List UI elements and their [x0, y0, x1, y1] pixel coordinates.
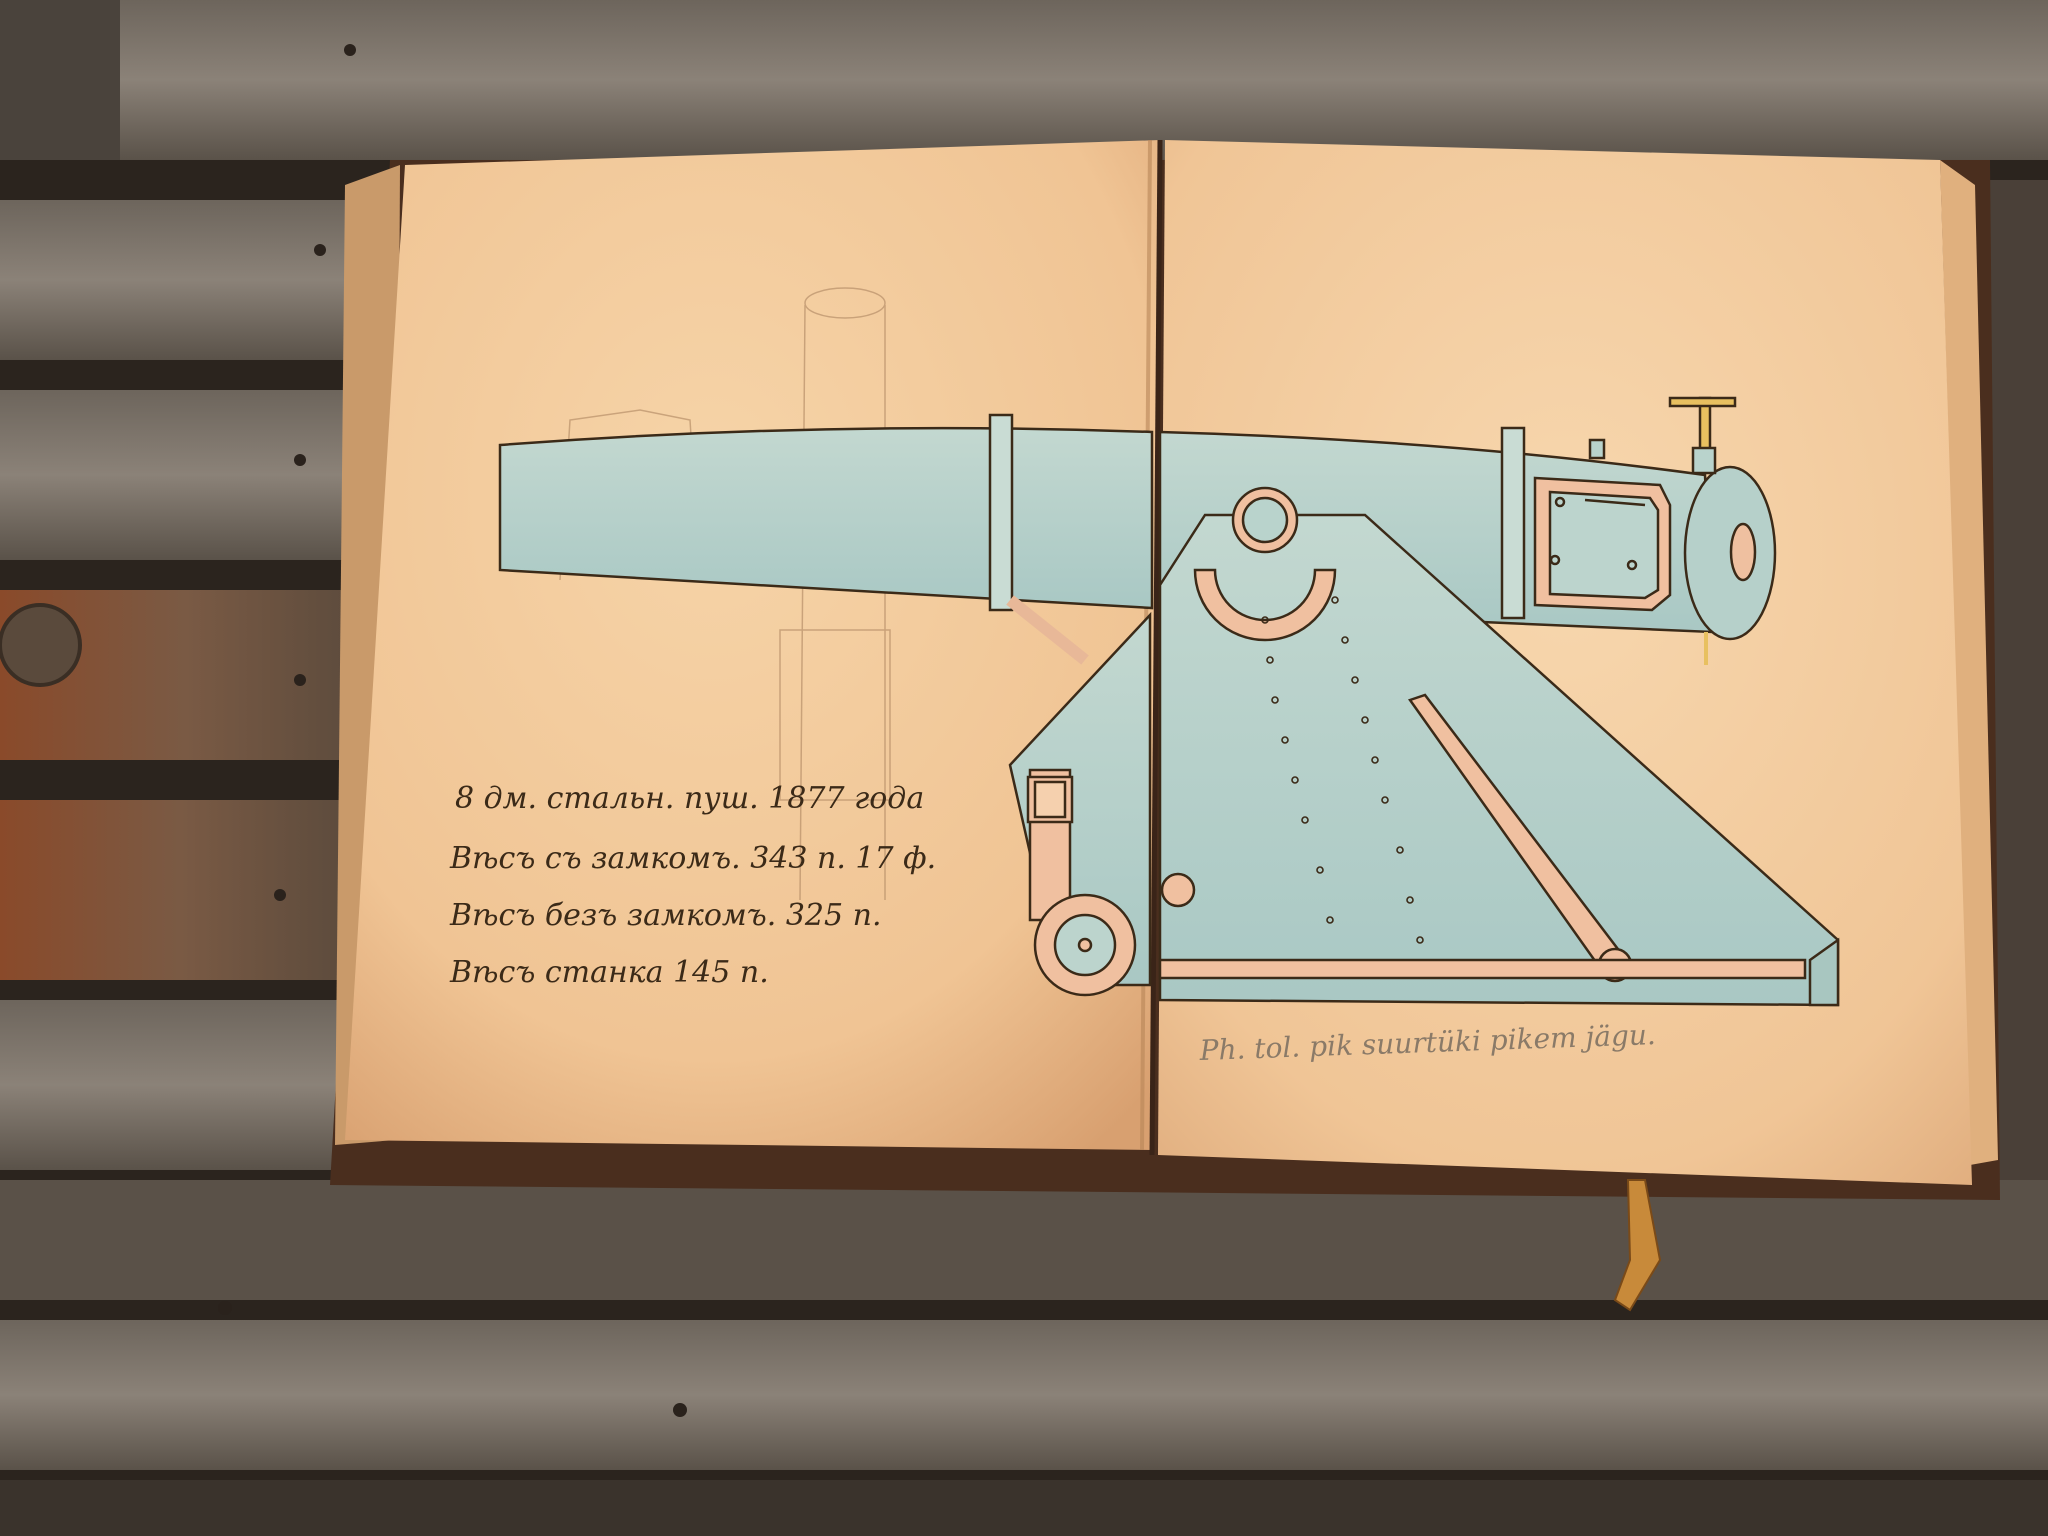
caption-line-1: 8 дм. стальн. пуш. 1877 года	[455, 781, 924, 816]
caption-line-2: Вѣсъ съ замкомъ. 343 п. 17 ф.	[449, 841, 936, 876]
caption-line-4: Вѣсъ станка 145 п.	[449, 955, 769, 990]
caption-line-3: Вѣсъ безъ замкомъ. 325 п.	[449, 898, 882, 933]
photo-scene: 8 дм. стальн. пуш. 1877 года Вѣсъ съ зам…	[0, 0, 2048, 1536]
left-page	[345, 140, 1160, 1150]
